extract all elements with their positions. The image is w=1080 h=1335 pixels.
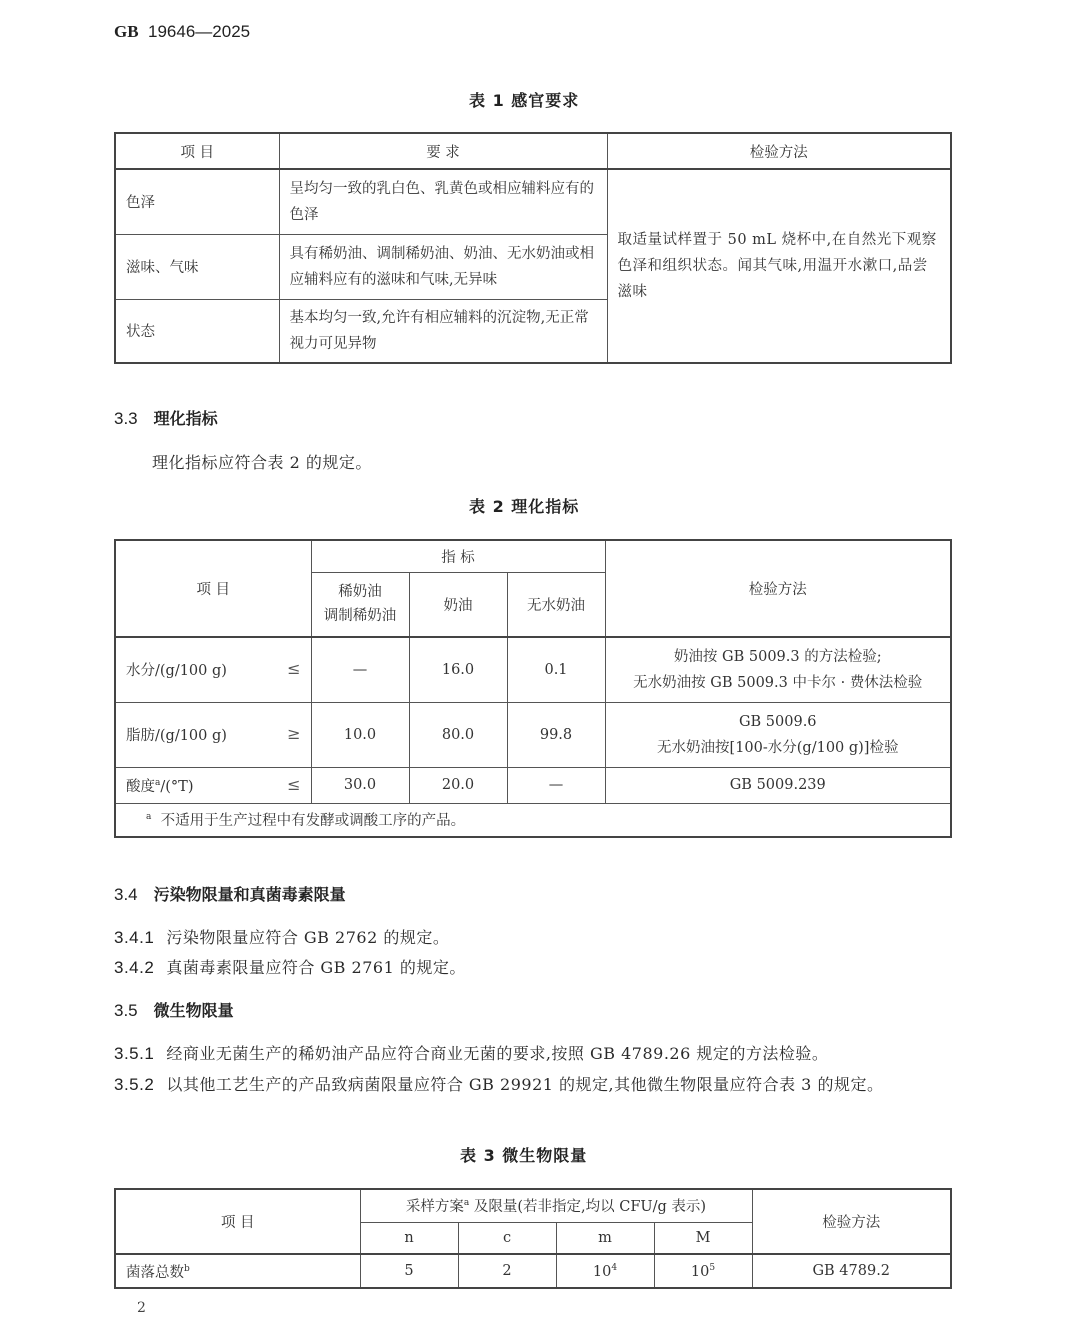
section-3-4-1: 3.4.1污染物限量应符合 GB 2762 的规定。 (114, 925, 449, 948)
table-row: 脂肪/(g/100 g)≥ 10.0 80.0 99.8 GB 5009.6无水… (115, 702, 951, 767)
table3-header-method: 检验方法 (752, 1189, 951, 1254)
table3-header-group: 采样方案a 及限量(若非指定,均以 CFU/g 表示) (360, 1189, 752, 1222)
table3-microbial: 项 目 采样方案a 及限量(若非指定,均以 CFU/g 表示) 检验方法 n c… (114, 1188, 952, 1289)
table2-value: 0.1 (507, 637, 605, 702)
table2-item: 水分/(g/100 g) (126, 663, 227, 679)
standard-number: 19646—2025 (148, 22, 250, 41)
less-equal-symbol: ≤ (287, 659, 300, 678)
section-3-5-2: 3.5.2以其他工艺生产的产品致病菌限量应符合 GB 29921 的规定,其他微… (114, 1071, 959, 1099)
table2-subheader-anhydrous: 无水奶油 (507, 572, 605, 637)
section-3-5-heading: 3.5微生物限量 (114, 998, 234, 1021)
table3-item: 菌落总数b (115, 1254, 360, 1288)
table-row: 酸度a/(°T)≤ 30.0 20.0 — GB 5009.239 (115, 767, 951, 803)
table1-requirement: 基本均匀一致,允许有相应辅料的沉淀物,无正常视力可见异物 (279, 299, 607, 363)
table3-subheader-m: m (556, 1222, 654, 1254)
table2-subheader-butter: 奶油 (409, 572, 507, 637)
table1-item: 状态 (115, 299, 279, 363)
table1-requirement: 具有稀奶油、调制稀奶油、奶油、无水奶油或相应辅料应有的滋味和气味,无异味 (279, 234, 607, 299)
less-equal-symbol: ≤ (287, 775, 300, 794)
table3-value: 104 (556, 1254, 654, 1288)
table1-header-requirement: 要 求 (279, 133, 607, 169)
table2-item: 酸度a/(°T) (126, 779, 194, 795)
table2-method: GB 5009.239 (605, 767, 951, 803)
table2-method: 奶油按 GB 5009.3 的方法检验;无水奶油按 GB 5009.3 中卡尔 … (605, 637, 951, 702)
table1-item: 滋味、气味 (115, 234, 279, 299)
table2-header-group: 指 标 (311, 540, 605, 572)
page-number: 2 (137, 1300, 146, 1316)
table1-header-method: 检验方法 (607, 133, 951, 169)
table2-value: 80.0 (409, 702, 507, 767)
table-row: 色泽 呈均匀一致的乳白色、乳黄色或相应辅料应有的色泽 取适量试样置于 50 mL… (115, 169, 951, 234)
section-3-3-heading: 3.3理化指标 (114, 406, 218, 429)
table2-subheader-cream: 稀奶油调制稀奶油 (311, 572, 409, 637)
table1-item: 色泽 (115, 169, 279, 234)
table-row: 菌落总数b 5 2 104 105 GB 4789.2 (115, 1254, 951, 1288)
table2-value: 16.0 (409, 637, 507, 702)
table3-caption: 表 3 微生物限量 (460, 1143, 587, 1166)
section-3-3-text: 理化指标应符合表 2 的规定。 (152, 450, 372, 473)
table3-value: 5 (360, 1254, 458, 1288)
table1-caption: 表 1 感官要求 (469, 88, 579, 111)
table3-subheader-n: n (360, 1222, 458, 1254)
table2-value: 30.0 (311, 767, 409, 803)
table3-subheader-M: M (654, 1222, 752, 1254)
section-3-5-1: 3.5.1经商业无菌生产的稀奶油产品应符合商业无菌的要求,按照 GB 4789.… (114, 1041, 959, 1064)
table3-header-item: 项 目 (115, 1189, 360, 1254)
table2-header-method: 检验方法 (605, 540, 951, 637)
table3-value: 2 (458, 1254, 556, 1288)
table2-value: 99.8 (507, 702, 605, 767)
table2-value: 20.0 (409, 767, 507, 803)
table1-sensory: 项 目 要 求 检验方法 色泽 呈均匀一致的乳白色、乳黄色或相应辅料应有的色泽 … (114, 132, 952, 364)
section-3-4-2: 3.4.2真菌毒素限量应符合 GB 2761 的规定。 (114, 955, 466, 978)
table1-header-item: 项 目 (115, 133, 279, 169)
table3-subheader-c: c (458, 1222, 556, 1254)
table2-item: 脂肪/(g/100 g) (126, 728, 227, 744)
table2-footnote: a 不适用于生产过程中有发酵或调酸工序的产品。 (115, 803, 951, 837)
table2-value: — (311, 637, 409, 702)
table2-physicochemical: 项 目 指 标 检验方法 稀奶油调制稀奶油 奶油 无水奶油 水分/(g/100 … (114, 539, 952, 838)
greater-equal-symbol: ≥ (287, 724, 300, 743)
standard-prefix: GB (114, 22, 139, 41)
standard-header: GB 19646—2025 (114, 22, 250, 42)
table2-method: GB 5009.6无水奶油按[100-水分(g/100 g)]检验 (605, 702, 951, 767)
table1-requirement: 呈均匀一致的乳白色、乳黄色或相应辅料应有的色泽 (279, 169, 607, 234)
table2-value: — (507, 767, 605, 803)
table2-header-item: 项 目 (115, 540, 311, 637)
table3-value: 105 (654, 1254, 752, 1288)
table-row: 水分/(g/100 g)≤ — 16.0 0.1 奶油按 GB 5009.3 的… (115, 637, 951, 702)
table3-method: GB 4789.2 (752, 1254, 951, 1288)
section-3-4-heading: 3.4污染物限量和真菌毒素限量 (114, 882, 346, 905)
table1-method: 取适量试样置于 50 mL 烧杯中,在自然光下观察色泽和组织状态。闻其气味,用温… (607, 169, 951, 363)
table2-caption: 表 2 理化指标 (469, 494, 579, 517)
table2-value: 10.0 (311, 702, 409, 767)
